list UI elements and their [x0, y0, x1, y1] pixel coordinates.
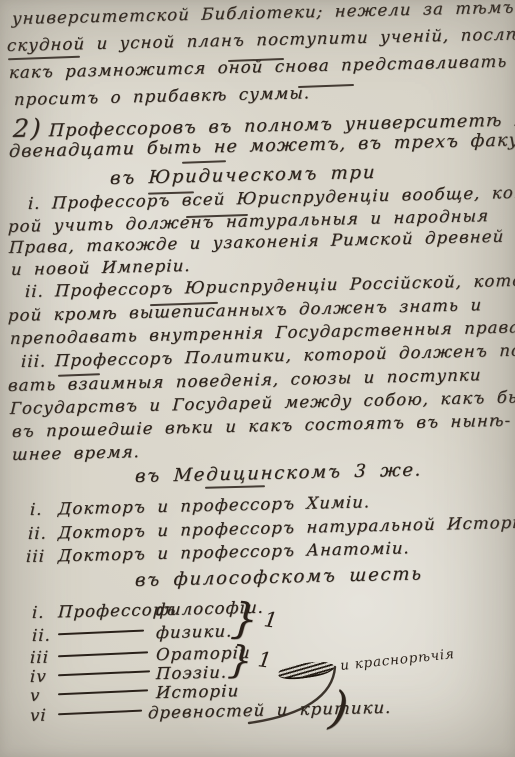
intro-line: проситъ о прибавкѣ суммы. [14, 83, 311, 109]
item-numeral: vi [30, 705, 59, 725]
group-count-mark: 1 [263, 609, 279, 632]
item-text: Докторъ и профессоръ Анатоміи. [58, 538, 411, 565]
underline-stroke [8, 56, 80, 61]
ditto-dash [58, 689, 148, 695]
philosophy-row: ii.физики. [32, 621, 233, 645]
ditto-dash [58, 651, 148, 657]
philosophy-row: i.Профессоръфилософіи. [32, 598, 265, 622]
medical-item-line: iiiДокторъ и профессоръ Анатоміи. [26, 538, 411, 566]
item-numeral: ii. [25, 281, 56, 301]
closing-flourish-paren: ) [327, 684, 350, 732]
subject-text: Поэзіи. [156, 663, 228, 684]
juridical-item-line: шнее время. [12, 442, 141, 464]
item-text: Докторъ и профессоръ натуральной Исторіи… [58, 512, 515, 542]
philosophical-heading: въ философскомъ шесть [135, 564, 386, 591]
professor-label: Профессоръ [58, 600, 157, 621]
intro-line: университетской Библіотеки; нежели за тѣ… [12, 0, 515, 28]
subject-text: физики. [156, 621, 233, 642]
juridical-item-line: и новой Имперіи. [11, 256, 192, 279]
intro-line: скудной и усной планъ поступити ученій, … [7, 24, 515, 55]
underline-stroke [182, 160, 226, 164]
juridical-heading: въ Юридическомъ три [110, 162, 361, 189]
item-numeral: iii. [21, 351, 56, 371]
ditto-dash [58, 670, 150, 676]
item-numeral: i. [28, 193, 53, 213]
medical-item-line: i.Докторъ и профессоръ Химіи. [30, 492, 371, 519]
item-numeral: iv [30, 666, 59, 686]
intro-line: какъ размножится оной снова представлива… [9, 51, 515, 82]
item-numeral: ii. [32, 625, 59, 645]
ditto-dash [58, 629, 144, 635]
item-numeral: ii. [28, 523, 59, 543]
item-text: Докторъ и профессоръ Химіи. [58, 492, 371, 518]
medical-heading: въ Медицинскомъ 3 же. [135, 460, 396, 487]
item-numeral: i. [32, 602, 59, 622]
underline-stroke [205, 485, 265, 489]
ditto-dash [58, 709, 142, 715]
item-numeral: iii [30, 647, 59, 667]
item-numeral: v [30, 685, 59, 705]
grouping-brace: } [230, 597, 260, 641]
point2-marker: 2) [12, 113, 49, 143]
item-numeral: i. [30, 499, 59, 519]
manuscript-page: университетской Библіотеки; нежели за тѣ… [0, 0, 515, 757]
grouping-brace: } [227, 640, 254, 680]
item-numeral: iii [26, 546, 59, 566]
group-count-mark: 1 [257, 649, 273, 672]
margin-note: и краснорѣчія [339, 646, 455, 674]
subject-text: Исторіи [156, 681, 240, 702]
crossed-out-word [277, 659, 335, 682]
